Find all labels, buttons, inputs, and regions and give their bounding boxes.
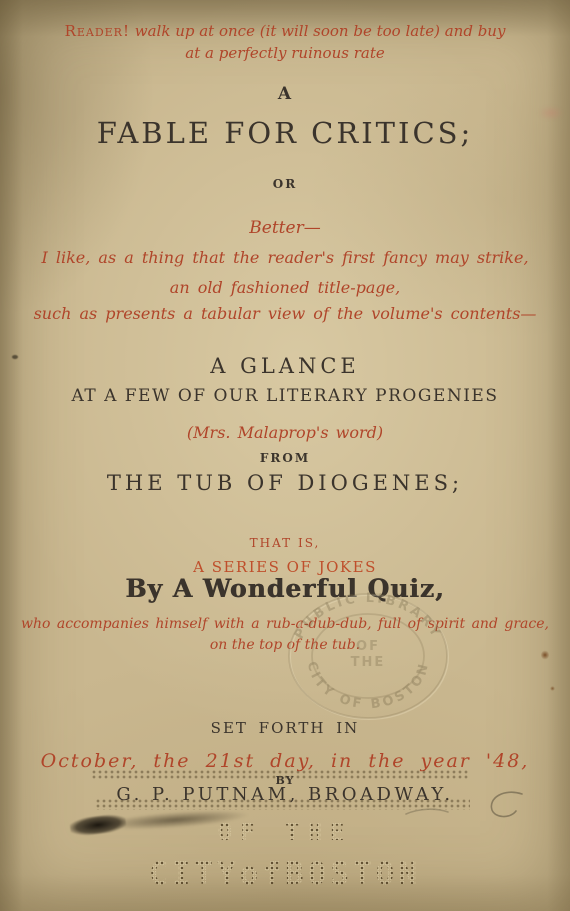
main-title: FABLE FOR CRITICS;: [0, 116, 570, 150]
reader-text: walk up at once (it will soon be too lat…: [130, 22, 505, 40]
perforated-stamp-city-of-boston: CITYofBOSTON: [0, 856, 570, 892]
subtitle-glance: A GLANCE: [0, 354, 570, 378]
malaprop-note: (Mrs. Malaprop's word): [0, 423, 570, 442]
subtitle-progenies: AT A FEW OF OUR LITERARY PROGENIES: [0, 386, 570, 406]
book-title-page: Reader! walk up at once (it will soon be…: [0, 0, 570, 911]
seal-arc-top-text: PUBLIC LIBRARY: [292, 591, 444, 642]
that-is-label: THAT IS,: [0, 536, 570, 550]
title-article: A: [0, 84, 570, 104]
pen-curl-mark: [480, 786, 530, 826]
or-label: OR: [0, 177, 570, 191]
from-label: FROM: [0, 451, 570, 465]
seal-center-line2: THE: [351, 655, 386, 670]
ink-speck: [12, 355, 18, 359]
reader-exhortation-line1: Reader! walk up at once (it will soon be…: [0, 22, 570, 40]
reader-label: Reader!: [65, 22, 130, 40]
reader-exhortation-line2: at a perfectly ruinous rate: [0, 44, 570, 62]
pink-stain: [538, 106, 564, 120]
pencil-curve-mark: [404, 804, 450, 818]
epigraph-line3: an old fashioned title-page,: [0, 278, 570, 297]
epigraph-line1: Better—: [0, 218, 570, 238]
epigraph-line4: such as presents a tabular view of the v…: [0, 304, 570, 323]
svg-text:PUBLIC LIBRARY: PUBLIC LIBRARY: [292, 591, 444, 642]
foxing-speck: [550, 686, 555, 691]
epigraph-line2: I like, as a thing that the reader's fir…: [0, 248, 570, 267]
publication-date-line: October, the 21st day, in the year '48,: [0, 750, 570, 772]
foxing-speck: [541, 650, 549, 660]
embossed-library-seal: PUBLIC LIBRARY OF THE CITY OF BOSTON: [282, 586, 454, 726]
seal-center-line1: OF: [356, 639, 380, 654]
perforation-dots-row1: [92, 770, 470, 779]
subtitle-tub-of-diogenes: THE TUB OF DIOGENES;: [0, 471, 570, 495]
